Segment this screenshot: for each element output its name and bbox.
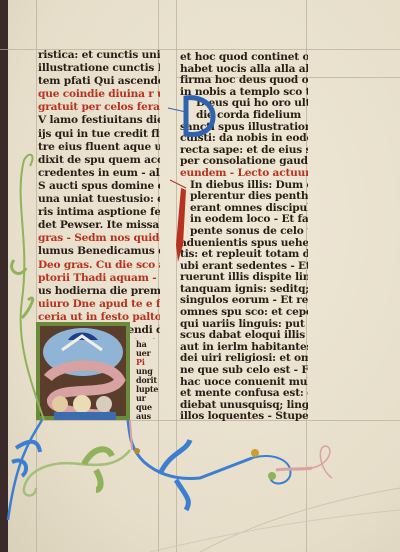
parchment-crease [200, 488, 400, 552]
illumination-layer [0, 0, 400, 552]
red-initial-i [170, 180, 186, 262]
parchment-crease [150, 510, 400, 552]
blue-initial-d [168, 98, 213, 135]
manuscript-page: ristica: et cunctis unis sci spus illust… [0, 0, 400, 552]
historiated-initial-s [36, 322, 130, 420]
